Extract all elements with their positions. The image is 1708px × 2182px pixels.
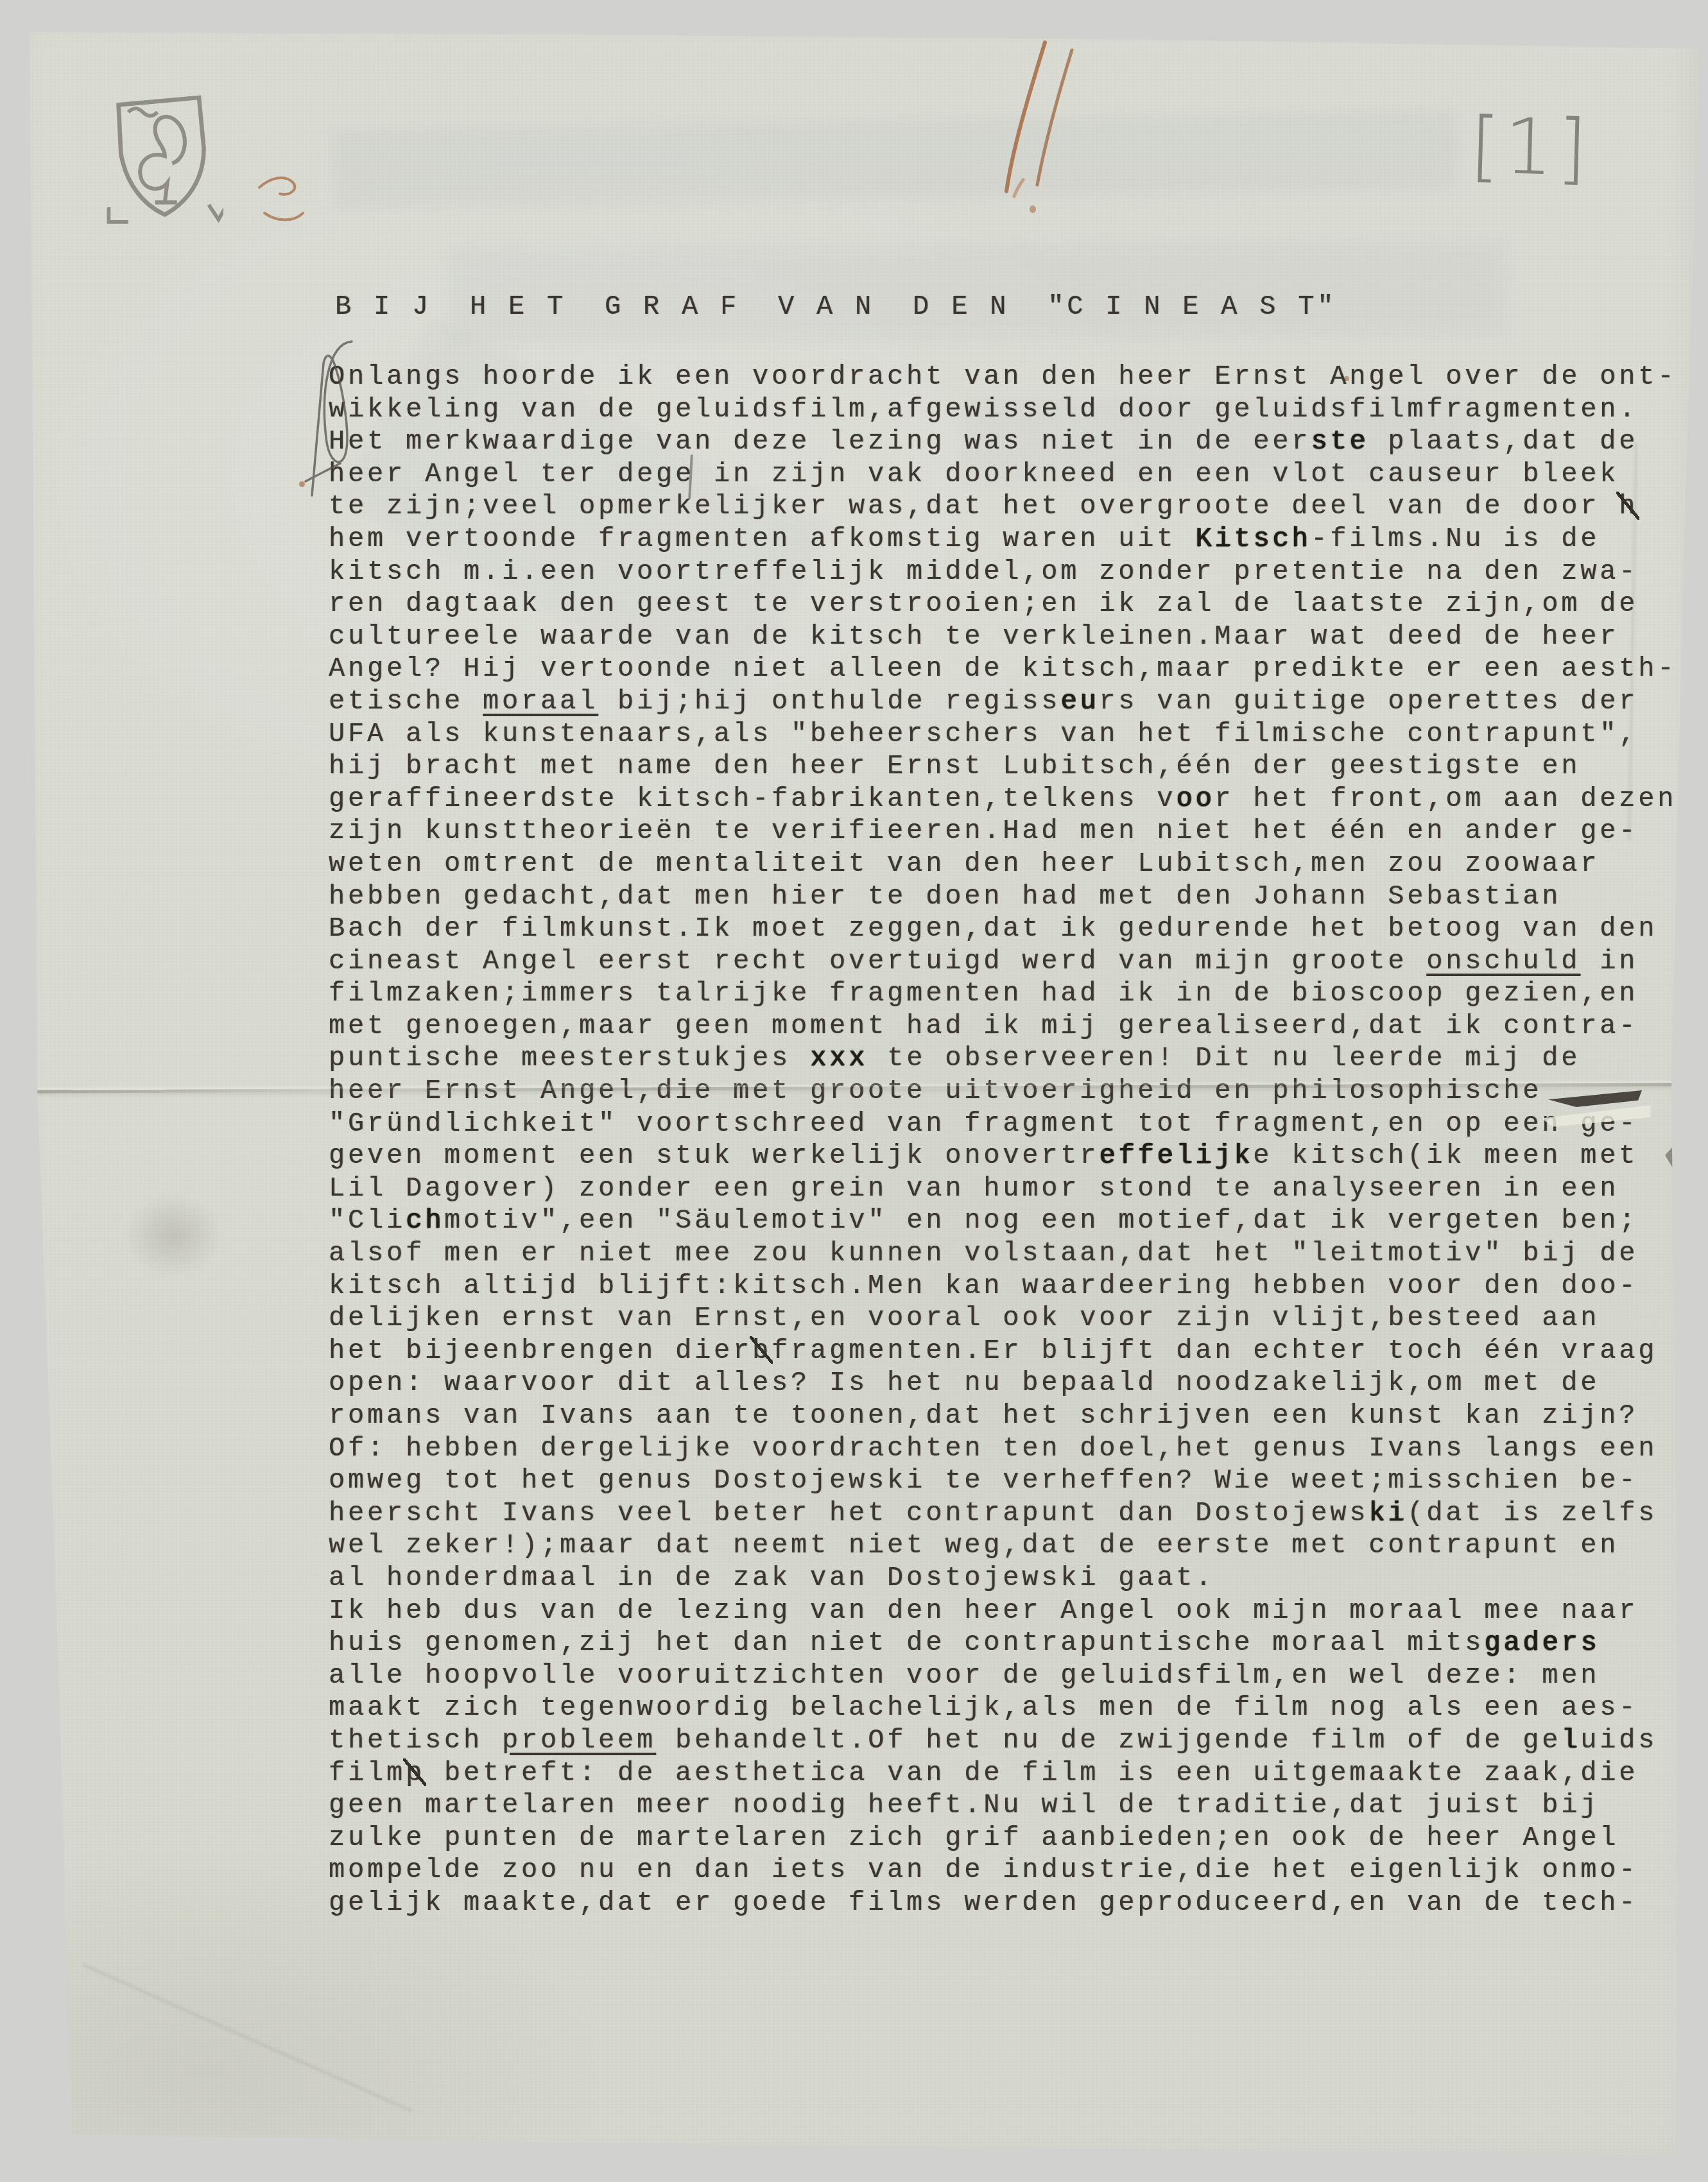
typed-line: "Gründlichkeit" voortschreed van fragmen… xyxy=(329,1108,1677,1140)
typed-line: filmp betreft: de aesthetica van de film… xyxy=(329,1757,1677,1790)
margin-smudge xyxy=(109,1181,237,1290)
typed-line: hij bracht met name den heer Ernst Lubit… xyxy=(329,750,1677,783)
scanned-document: [1] B I J H E T G R A F V A N D E N "C I… xyxy=(0,0,1708,2182)
typed-line: al honderdmaal in de zak van Dostojewski… xyxy=(329,1562,1677,1595)
typed-line: "Clichmotiv",een "Säulemotiv" en nog een… xyxy=(329,1205,1677,1237)
typed-line: het bijeenbrengen dierbfragmenten.Er bli… xyxy=(329,1335,1677,1368)
typed-line: gelijk maakte,dat er goede films werden … xyxy=(329,1887,1677,1920)
typed-line: hebben gedacht,dat men hier te doen had … xyxy=(329,881,1677,913)
typed-line: filmzaken;immers talrijke fragmenten had… xyxy=(329,977,1677,1010)
typed-line: delijken ernst van Ernst,en vooral ook v… xyxy=(329,1302,1677,1335)
typed-line: Of: hebben dergelijke voordrachten ten d… xyxy=(329,1432,1677,1465)
typed-line: te zijn;veel opmerkelijker was,dat het o… xyxy=(329,490,1677,523)
rust-stain xyxy=(976,31,1104,204)
typed-line: huis genomen,zij het dan niet de contrap… xyxy=(329,1627,1677,1660)
typed-line: met genoegen,maar geen moment had ik mij… xyxy=(329,1010,1677,1043)
typed-line: Lil Dagover) zonder een grein van humor … xyxy=(329,1173,1677,1205)
typed-line: Onlangs hoorde ik een voordracht van den… xyxy=(329,361,1677,393)
typed-line: cineast Angel eerst recht overtuigd werd… xyxy=(329,945,1677,978)
rust-speck xyxy=(1030,205,1036,213)
typed-line: geen martelaren meer noodig heeft.Nu wil… xyxy=(329,1789,1677,1822)
typed-body: Onlangs hoorde ik een voordracht van den… xyxy=(329,361,1677,1920)
typed-line: Ik heb dus van de lezing van den heer An… xyxy=(329,1595,1677,1628)
rust-stain xyxy=(252,168,316,239)
typed-line: zijn kunsttheorieën te verifieeren.Had m… xyxy=(329,815,1677,848)
typed-line: kitsch altijd blijft:kitsch.Men kan waar… xyxy=(329,1270,1677,1303)
typed-line: kitsch m.i.een voortreffelijk middel,om … xyxy=(329,556,1677,588)
typed-line: alsof men er niet mee zou kunnen volstaa… xyxy=(329,1237,1677,1270)
typed-line: puntische meesterstukjes xxx te observee… xyxy=(329,1042,1677,1075)
typed-line: hem vertoonde fragmenten afkomstig waren… xyxy=(329,523,1677,556)
page-number-annotation: [1] xyxy=(1469,95,1581,219)
typed-line: UFA als kunstenaars,als "beheerschers va… xyxy=(329,718,1677,751)
document-title: B I J H E T G R A F V A N D E N "C I N E… xyxy=(335,290,1336,323)
typed-line: heer Angel ter dege in zijn vak doorknee… xyxy=(329,458,1677,491)
typed-line: ren dagtaak den geest te verstrooien;en … xyxy=(329,588,1677,621)
typed-line: omweg tot het genus Dostojewski te verhe… xyxy=(329,1465,1677,1497)
typed-line: heer Ernst Angel,die met groote uitvoeri… xyxy=(329,1075,1677,1108)
typed-line: romans van Ivans aan te toonen,dat het s… xyxy=(329,1400,1677,1432)
typed-line: Bach der filmkunst.Ik moet zeggen,dat ik… xyxy=(329,913,1677,945)
typed-line: alle hoopvolle vooruitzichten voor de ge… xyxy=(329,1660,1677,1692)
paragraph-mark-pencil xyxy=(302,335,372,553)
typed-line: thetisch probleem behandelt.Of het nu de… xyxy=(329,1724,1677,1757)
typed-line: mompelde zoo nu en dan iets van de indus… xyxy=(329,1854,1677,1887)
typed-line: open: waarvoor dit alles? Is het nu bepa… xyxy=(329,1367,1677,1400)
document-page: [1] B I J H E T G R A F V A N D E N "C I… xyxy=(0,0,1708,2182)
typed-line: maakt zich tegenwoordig belachelijk,als … xyxy=(329,1692,1677,1724)
typed-line: wel zeker!);maar dat neemt niet weg,dat … xyxy=(329,1529,1677,1562)
typed-line: Het merkwaardige van deze lezing was nie… xyxy=(329,425,1677,458)
shield-bird-stamp-icon xyxy=(101,85,223,232)
typed-line: cultureele waarde van de kitsch te verkl… xyxy=(329,621,1677,653)
typed-line: geven moment een stuk werkelijk onovertr… xyxy=(329,1140,1677,1173)
typed-line: zulke punten de martelaren zich grif aan… xyxy=(329,1822,1677,1855)
typed-line: Angel? Hij vertoonde niet alleen de kits… xyxy=(329,653,1677,685)
typed-line: wikkeling van de geluidsfilm,afgewisseld… xyxy=(329,393,1677,426)
typed-line: etische moraal bij;hij onthulde regisseu… xyxy=(329,685,1677,718)
typed-line: geraffineerdste kitsch-fabrikanten,telke… xyxy=(329,783,1677,816)
typed-line: weten omtrent de mentaliteit van den hee… xyxy=(329,848,1677,881)
typed-line: heerscht Ivans veel beter het contrapunt… xyxy=(329,1497,1677,1530)
